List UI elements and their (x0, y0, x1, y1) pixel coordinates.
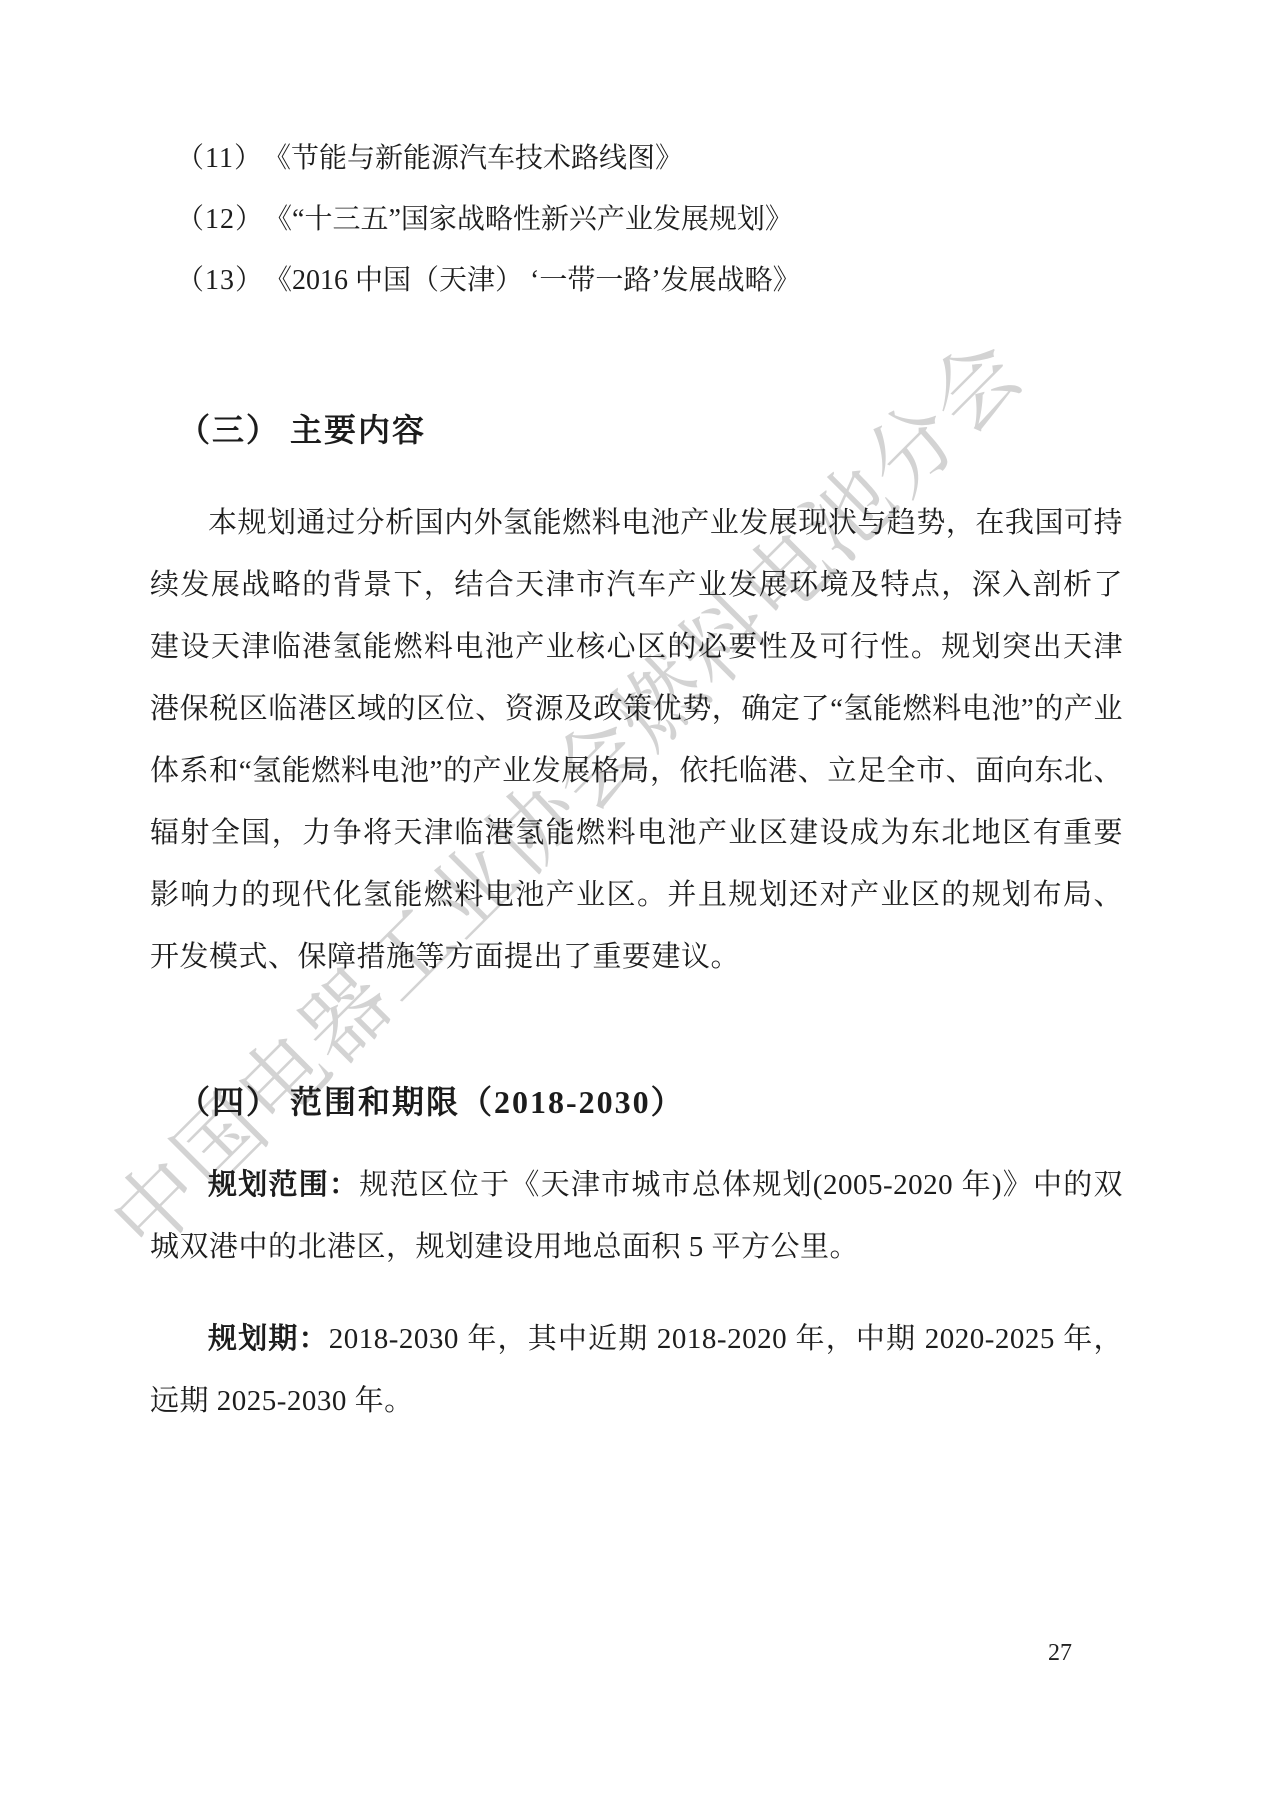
reference-title: 《“十三五”国家战略性新兴产业发展规划》 (278, 204, 793, 235)
reference-item-12: （12）《“十三五”国家战略性新兴产业发展规划》 (176, 189, 1123, 250)
section-heading-main-content: （三） 主要内容 (150, 408, 1123, 452)
scope-paragraph: 规划范围：规范区位于《天津市城市总体规划(2005-2020 年)》中的双城双港… (150, 1154, 1123, 1278)
period-label: 规划期： (208, 1323, 329, 1355)
reference-list: （11）《节能与新能源汽车技术路线图》 （12）《“十三五”国家战略性新兴产业发… (150, 128, 1123, 311)
page-content: （11）《节能与新能源汽车技术路线图》 （12）《“十三五”国家战略性新兴产业发… (150, 0, 1123, 1461)
reference-title: 《2016 中国（天津） ‘一带一路’发展战略》 (278, 265, 801, 296)
reference-item-13: （13）《2016 中国（天津） ‘一带一路’发展战略》 (176, 250, 1123, 311)
reference-number: （11） (176, 143, 263, 174)
main-content-paragraph: 本规划通过分析国内外氢能燃料电池产业发展现状与趋势，在我国可持续发展战略的背景下… (150, 492, 1123, 988)
period-paragraph: 规划期：2018-2030 年，其中近期 2018-2020 年，中期 2020… (150, 1308, 1123, 1432)
scope-label: 规划范围： (208, 1169, 359, 1201)
page-number: 27 (1048, 1640, 1072, 1667)
reference-number: （13） (176, 265, 264, 296)
reference-title: 《节能与新能源汽车技术路线图》 (277, 143, 683, 174)
reference-number: （12） (176, 204, 264, 235)
reference-item-11: （11）《节能与新能源汽车技术路线图》 (176, 128, 1123, 189)
document-page: 中国电器工业协会燃料电池分会 （11）《节能与新能源汽车技术路线图》 （12）《… (0, 0, 1273, 1800)
section-heading-scope-period: （四） 范围和期限（2018-2030） (150, 1080, 1123, 1124)
